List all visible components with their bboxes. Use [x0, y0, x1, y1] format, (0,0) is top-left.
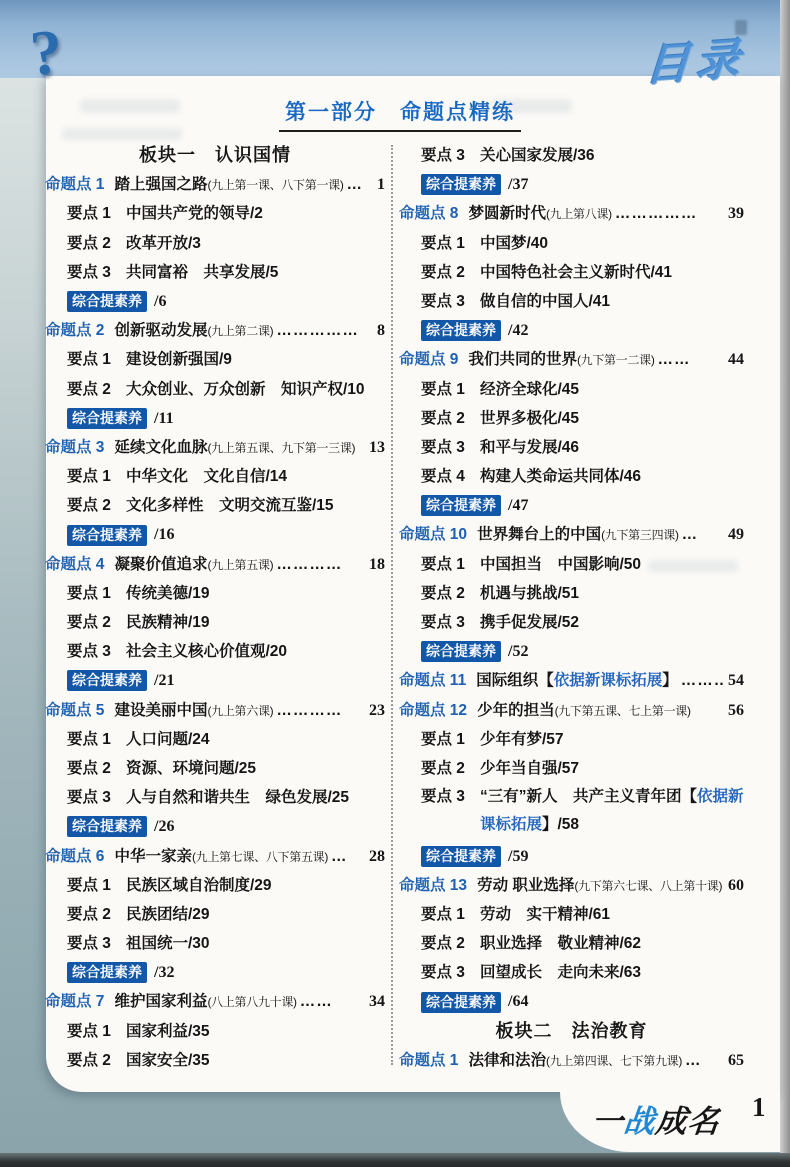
point-text-segment: 资源、环境问题/25	[126, 760, 256, 777]
point-row: 要点 3人与自然和谐共生 绿色发展/25	[45, 783, 385, 812]
block-heading-text: 板块一 认识国情	[139, 145, 291, 165]
point-text: 共同富裕 共享发展/5	[126, 258, 278, 287]
toc-column-left: 板块一 认识国情命题点 1踏上强国之路(九上第一课、八下第一课)…1要点 1中国…	[45, 141, 385, 1075]
point-label: 要点 2	[421, 754, 465, 783]
point-text: 机遇与挑战/51	[480, 579, 579, 608]
topic-course-ref: (九上第八课)	[546, 207, 612, 221]
point-text-segment: 改革开放/3	[126, 235, 201, 252]
dot-leader: ……	[658, 345, 725, 374]
point-text: 少年当自强/57	[480, 754, 579, 783]
page-number: 1	[752, 1092, 766, 1123]
corner-print-mark	[735, 20, 747, 35]
point-row: 要点 2民族精神/19	[45, 608, 385, 637]
topic-page-number: 60	[728, 871, 744, 900]
badge-row: 综合提素养/26	[45, 812, 385, 841]
dot-leader: ………	[681, 666, 725, 695]
competency-badge: 综合提素养	[421, 174, 501, 195]
toc-logo: 目录	[643, 23, 748, 94]
point-row: 要点 1人口问题/24	[45, 725, 385, 754]
point-row: 要点 3和平与发展/46	[399, 433, 744, 462]
point-label: 要点 2	[67, 900, 111, 929]
topic-label: 命题点 4	[45, 550, 104, 579]
point-text-segment: 经济全球化/45	[480, 381, 579, 398]
topic-label: 命题点 8	[399, 199, 458, 228]
point-row: 要点 2职业选择 敬业精神/62	[399, 929, 744, 958]
badge-page-number: /42	[508, 316, 528, 345]
topic-title: 踏上强国之路(九上第一课、八下第一课)	[114, 170, 343, 200]
topic-course-ref: (九上第一课、八下第一课)	[207, 178, 343, 192]
badge-page-number: /37	[508, 170, 528, 199]
topic-page-number: 56	[728, 696, 744, 725]
point-text: 民族精神/19	[126, 608, 210, 637]
point-label: 要点 3	[67, 783, 111, 812]
toc-content: ? 目录 第一部分 命题点精练 板块一 认识国情命题点 1踏上强国之路(九上第一…	[0, 0, 790, 1167]
point-row: 要点 3做自信的中国人/41	[399, 287, 744, 316]
point-text-segment: 传统美德/19	[126, 585, 210, 602]
topic-row: 命题点 12少年的担当(九下第五课、七上第一课)56	[399, 696, 744, 725]
point-text: 中华文化 文化自信/14	[126, 462, 287, 491]
point-text: 国家安全/35	[126, 1046, 210, 1075]
point-row: 要点 2资源、环境问题/25	[45, 754, 385, 783]
point-text-segment: 做自信的中国人/41	[480, 293, 610, 310]
point-text: 人口问题/24	[126, 725, 210, 754]
topic-course-ref: (九下第五课、七上第一课)	[555, 704, 691, 718]
topic-title: 梦圆新时代(九上第八课)	[468, 199, 611, 229]
point-text-segment: 关心国家发展/36	[480, 147, 595, 164]
point-label: 要点 2	[67, 491, 111, 520]
badge-row: 综合提素养/16	[45, 520, 385, 549]
point-text: 民族团结/29	[126, 900, 210, 929]
topic-title: 凝聚价值追求(九上第五课)	[114, 550, 273, 580]
point-row: 要点 1中国梦/40	[399, 229, 744, 258]
competency-badge: 综合提素养	[67, 525, 147, 546]
topic-row: 命题点 8梦圆新时代(九上第八课)……………39	[399, 199, 744, 228]
point-text-segment: 国家安全/35	[126, 1052, 210, 1069]
topic-page-number: 1	[377, 170, 385, 199]
topic-label: 命题点 7	[45, 987, 104, 1016]
point-row: 要点 2中国特色社会主义新时代/41	[399, 258, 744, 287]
topic-title: 创新驱动发展(九上第二课)	[114, 316, 273, 346]
topic-title: 建设美丽中国(九上第六课)	[114, 696, 273, 726]
topic-title-segment: 凝聚价值追求	[114, 556, 207, 573]
point-row: 要点 1中华文化 文化自信/14	[45, 462, 385, 491]
point-text: 资源、环境问题/25	[126, 754, 256, 783]
topic-row: 命题点 1踏上强国之路(九上第一课、八下第一课)…1	[45, 170, 385, 199]
topic-label: 命题点 10	[399, 520, 467, 549]
topic-row: 命题点 3延续文化血脉(九上第五课、九下第一三课)13	[45, 433, 385, 462]
topic-row: 命题点 7维护国家利益(八上第八九十课)……34	[45, 987, 385, 1016]
competency-badge: 综合提素养	[421, 992, 501, 1013]
dot-leader: ……	[300, 987, 366, 1016]
point-row: 要点 3回望成长 走向未来/63	[399, 958, 744, 987]
topic-page-number: 54	[728, 666, 744, 695]
point-row: 要点 1民族区域自治制度/29	[45, 871, 385, 900]
topic-course-ref: (八上第八九十课)	[207, 995, 296, 1009]
badge-page-number: /59	[508, 842, 528, 871]
dot-leader: …	[347, 170, 374, 199]
topic-course-ref: (九上第二课)	[207, 324, 273, 338]
topic-title: 法律和法治(九上第四课、七下第九课)	[468, 1046, 682, 1076]
point-text: 和平与发展/46	[480, 433, 579, 462]
point-text: 建设创新强国/9	[126, 345, 232, 374]
point-text-segment: 中国担当 中国影响/50	[480, 556, 641, 573]
point-text: 文化多样性 文明交流互鉴/15	[126, 491, 334, 520]
badge-page-number: /32	[154, 958, 174, 987]
point-label: 要点 1	[421, 725, 465, 754]
topic-title: 延续文化血脉(九上第五课、九下第一三课)	[114, 433, 355, 463]
topic-label: 命题点 6	[45, 842, 104, 871]
topic-title: 我们共同的世界(九下第一二课)	[468, 345, 654, 375]
dot-leader: ……………	[276, 316, 374, 345]
point-text: 人与自然和谐共生 绿色发展/25	[126, 783, 349, 812]
dot-leader: …………	[276, 550, 366, 579]
point-text-segment: 国家利益/35	[126, 1023, 210, 1040]
topic-label: 命题点 11	[399, 666, 466, 695]
topic-title-segment: 国际组织【	[476, 672, 554, 689]
brand-logo: 一战成名	[590, 1096, 723, 1141]
point-row: 要点 2文化多样性 文明交流互鉴/15	[45, 491, 385, 520]
point-text: 回望成长 走向未来/63	[480, 958, 641, 987]
topic-title-segment: 依据新课标拓展	[554, 672, 663, 689]
topic-title: 劳动 职业选择(九下第六七课、八上第十课)	[477, 871, 722, 901]
point-text-segment: 机遇与挑战/51	[480, 585, 579, 602]
book-page-photo: ? 目录 第一部分 命题点精练 板块一 认识国情命题点 1踏上强国之路(九上第一…	[0, 0, 790, 1167]
topic-label: 命题点 2	[45, 316, 104, 345]
point-text: 社会主义核心价值观/20	[126, 637, 287, 666]
point-row: 要点 3携手促发展/52	[399, 608, 744, 637]
point-text-segment: 劳动 实干精神/61	[480, 906, 610, 923]
point-label: 要点 3	[421, 608, 465, 637]
point-row: 要点 2民族团结/29	[45, 900, 385, 929]
point-label: 要点 2	[421, 258, 465, 287]
topic-row: 命题点 6中华一家亲(九上第七课、八下第五课)…28	[45, 842, 385, 871]
point-text: 祖国统一/30	[126, 929, 210, 958]
topic-title-segment: 梦圆新时代	[468, 205, 546, 222]
badge-page-number: /26	[154, 812, 174, 841]
point-text: 中国梦/40	[480, 229, 548, 258]
topic-page-number: 18	[369, 550, 385, 579]
point-row: 要点 1经济全球化/45	[399, 375, 744, 404]
point-row: 要点 3社会主义核心价值观/20	[45, 637, 385, 666]
part-title-text: 第一部分 命题点精练	[279, 96, 521, 132]
point-row: 要点 2机遇与挑战/51	[399, 579, 744, 608]
badge-page-number: /52	[508, 637, 528, 666]
point-label: 要点 2	[67, 608, 111, 637]
point-label: 要点 1	[67, 871, 111, 900]
topic-label: 命题点 3	[45, 433, 104, 462]
topic-title: 中华一家亲(九上第七课、八下第五课)	[114, 842, 328, 872]
badge-row: 综合提素养/21	[45, 666, 385, 695]
topic-page-number: 34	[369, 987, 385, 1016]
toc-column-right: 要点 3关心国家发展/36综合提素养/37命题点 8梦圆新时代(九上第八课)………	[399, 141, 744, 1075]
brand-seg1: 一	[590, 1104, 626, 1139]
point-text-segment: 祖国统一/30	[126, 935, 210, 952]
brand-seg3: 成名	[654, 1104, 722, 1139]
topic-title: 国际组织【依据新课标拓展】	[476, 666, 678, 695]
point-label: 要点 2	[421, 579, 465, 608]
point-label: 要点 1	[67, 345, 111, 374]
point-row: 要点 3祖国统一/30	[45, 929, 385, 958]
point-row: 要点 2世界多极化/45	[399, 404, 744, 433]
topic-page-number: 8	[377, 316, 385, 345]
point-text-segment: 文化多样性 文明交流互鉴/15	[126, 497, 334, 514]
topic-course-ref: (九下第六七课、八上第十课)	[574, 879, 722, 893]
competency-badge: 综合提素养	[421, 846, 501, 867]
part-title: 第一部分 命题点精练	[55, 96, 745, 132]
topic-label: 命题点 12	[399, 696, 467, 725]
dot-leader: …	[685, 1046, 725, 1075]
topic-page-number: 39	[728, 199, 744, 228]
topic-title-segment: 踏上强国之路	[114, 176, 207, 193]
topic-label: 命题点 13	[399, 871, 467, 900]
topic-course-ref: (九上第七课、八下第五课)	[192, 850, 328, 864]
topic-label: 命题点 9	[399, 345, 458, 374]
point-text-segment: 世界多极化/45	[480, 410, 579, 427]
point-label: 要点 4	[421, 462, 465, 491]
point-row: 要点 1中国担当 中国影响/50	[399, 550, 744, 579]
point-text: 少年有梦/57	[480, 725, 564, 754]
point-row: 要点 2少年当自强/57	[399, 754, 744, 783]
topic-title: 维护国家利益(八上第八九十课)	[114, 987, 296, 1017]
point-label: 要点 1	[421, 550, 465, 579]
competency-badge: 综合提素养	[421, 495, 501, 516]
badge-row: 综合提素养/59	[399, 842, 744, 871]
topic-page-number: 28	[369, 842, 385, 871]
point-text-segment: 建设创新强国/9	[126, 351, 232, 368]
point-text-segment: 携手促发展/52	[480, 614, 579, 631]
competency-badge: 综合提素养	[421, 641, 501, 662]
point-text-segment: 构建人类命运共同体/46	[480, 468, 641, 485]
competency-badge: 综合提素养	[67, 962, 147, 983]
point-label: 要点 3	[421, 958, 465, 987]
topic-page-number: 49	[728, 520, 744, 549]
point-label: 要点 3	[67, 637, 111, 666]
topic-page-number: 65	[728, 1046, 744, 1075]
topic-label: 命题点 1	[399, 1046, 458, 1075]
topic-row: 命题点 10世界舞台上的中国(九下第三四课)…49	[399, 520, 744, 549]
point-label: 要点 3	[421, 287, 465, 316]
point-row: 要点 1国家利益/35	[45, 1017, 385, 1046]
badge-row: 综合提素养/64	[399, 987, 744, 1016]
point-label: 要点 1	[421, 900, 465, 929]
point-text-segment: 人与自然和谐共生 绿色发展/25	[126, 789, 349, 806]
point-text-segment: 中华文化 文化自信/14	[126, 468, 287, 485]
point-text-segment: 民族团结/29	[126, 906, 210, 923]
topic-row: 命题点 2创新驱动发展(九上第二课)……………8	[45, 316, 385, 345]
topic-title-segment: 法律和法治	[468, 1052, 546, 1069]
point-label: 要点 3	[421, 433, 465, 462]
badge-row: 综合提素养/47	[399, 491, 744, 520]
badge-row: 综合提素养/42	[399, 316, 744, 345]
topic-row: 命题点 4凝聚价值追求(九上第五课)…………18	[45, 550, 385, 579]
topic-row: 命题点 11国际组织【依据新课标拓展】………54	[399, 666, 744, 695]
topic-row: 命题点 13劳动 职业选择(九下第六七课、八上第十课)60	[399, 871, 744, 900]
badge-row: 综合提素养/37	[399, 170, 744, 199]
question-mark-icon: ?	[28, 15, 64, 91]
point-label: 要点 3	[421, 783, 465, 811]
dot-leader: ……………	[615, 199, 725, 228]
point-text: 中国共产党的领导/2	[126, 199, 263, 228]
badge-page-number: /21	[154, 666, 174, 695]
point-text-segment: 中国梦/40	[480, 235, 548, 252]
topic-title-segment: 建设美丽中国	[114, 702, 207, 719]
point-label: 要点 1	[67, 579, 111, 608]
point-label: 要点 2	[67, 754, 111, 783]
topic-title-segment: 中华一家亲	[114, 848, 192, 865]
competency-badge: 综合提素养	[67, 408, 147, 429]
point-text-segment: 中国共产党的领导/2	[126, 205, 263, 222]
point-text: 职业选择 敬业精神/62	[480, 929, 641, 958]
point-label: 要点 3	[67, 258, 111, 287]
point-label: 要点 2	[67, 1046, 111, 1075]
point-text-segment: 职业选择 敬业精神/62	[480, 935, 641, 952]
point-text: 中国担当 中国影响/50	[480, 550, 641, 579]
point-row: 要点 1劳动 实干精神/61	[399, 900, 744, 929]
point-text: 关心国家发展/36	[480, 141, 595, 170]
point-row: 要点 1传统美德/19	[45, 579, 385, 608]
point-text-segment: 】/58	[542, 816, 579, 833]
point-row: 要点 3“三有”新人 共产主义青年团【依据新课标拓展】/58	[399, 783, 744, 841]
topic-page-number: 23	[369, 696, 385, 725]
brand-seg2: 战	[622, 1104, 658, 1139]
point-text: 携手促发展/52	[480, 608, 579, 637]
topic-course-ref: (九下第三四课)	[601, 528, 679, 542]
point-text: 大众创业、万众创新 知识产权/10	[126, 375, 365, 404]
point-text: 改革开放/3	[126, 229, 201, 258]
point-text-segment: 民族区域自治制度/29	[126, 877, 272, 894]
badge-row: 综合提素养/11	[45, 404, 385, 433]
point-text-segment: 社会主义核心价值观/20	[126, 643, 287, 660]
point-label: 要点 1	[421, 229, 465, 258]
point-text-segment: 共同富裕 共享发展/5	[126, 264, 278, 281]
topic-title: 少年的担当(九下第五课、七上第一课)	[477, 696, 691, 726]
point-row: 要点 1中国共产党的领导/2	[45, 199, 385, 228]
point-text: 世界多极化/45	[480, 404, 579, 433]
topic-label: 命题点 5	[45, 696, 104, 725]
point-text: 中国特色社会主义新时代/41	[480, 258, 672, 287]
point-row: 要点 4构建人类命运共同体/46	[399, 462, 744, 491]
point-text-segment: 民族精神/19	[126, 614, 210, 631]
topic-title-segment: 少年的担当	[477, 702, 555, 719]
topic-title-segment: 】	[662, 672, 678, 689]
badge-row: 综合提素养/6	[45, 287, 385, 316]
point-label: 要点 1	[421, 375, 465, 404]
block-heading: 板块一 认识国情	[45, 141, 385, 170]
point-text-segment: 大众创业、万众创新 知识产权/10	[126, 381, 365, 398]
point-label: 要点 2	[421, 929, 465, 958]
point-label: 要点 1	[67, 199, 111, 228]
competency-badge: 综合提素养	[67, 816, 147, 837]
point-text: 做自信的中国人/41	[480, 287, 610, 316]
competency-badge: 综合提素养	[67, 291, 147, 312]
point-text: 民族区域自治制度/29	[126, 871, 272, 900]
badge-page-number: /64	[508, 987, 528, 1016]
topic-course-ref: (九上第五课、九下第一三课)	[207, 441, 355, 455]
badge-page-number: /6	[154, 287, 166, 316]
point-text: “三有”新人 共产主义青年团【依据新课标拓展】/58	[480, 783, 744, 839]
dot-leader: …………	[276, 696, 366, 725]
point-row: 要点 2改革开放/3	[45, 229, 385, 258]
dot-leader: …	[682, 520, 725, 549]
badge-page-number: /11	[154, 404, 174, 433]
topic-label: 命题点 1	[45, 170, 104, 199]
point-label: 要点 1	[67, 1017, 111, 1046]
point-text: 经济全球化/45	[480, 375, 579, 404]
point-text: 劳动 实干精神/61	[480, 900, 610, 929]
topic-row: 命题点 1法律和法治(九上第四课、七下第九课)…65	[399, 1046, 744, 1075]
point-label: 要点 1	[67, 725, 111, 754]
point-text-segment: “三有”新人 共产主义青年团【	[480, 788, 697, 805]
topic-course-ref: (九上第六课)	[207, 704, 273, 718]
block-heading: 板块二 法治教育	[399, 1017, 744, 1046]
topic-title-segment: 劳动 职业选择	[477, 877, 574, 894]
point-row: 要点 1建设创新强国/9	[45, 345, 385, 374]
point-text-segment: 回望成长 走向未来/63	[480, 964, 641, 981]
dot-leader: …	[331, 842, 366, 871]
badge-row: 综合提素养/32	[45, 958, 385, 987]
point-label: 要点 1	[67, 462, 111, 491]
topic-page-number: 44	[728, 345, 744, 374]
topic-title-segment: 我们共同的世界	[468, 351, 577, 368]
topic-row: 命题点 5建设美丽中国(九上第六课)…………23	[45, 696, 385, 725]
point-label: 要点 3	[67, 929, 111, 958]
point-label: 要点 2	[421, 404, 465, 433]
point-row: 要点 3关心国家发展/36	[399, 141, 744, 170]
point-text: 国家利益/35	[126, 1017, 210, 1046]
competency-badge: 综合提素养	[421, 320, 501, 341]
point-text-segment: 中国特色社会主义新时代/41	[480, 264, 672, 281]
topic-title-segment: 延续文化血脉	[114, 439, 207, 456]
column-divider	[391, 145, 393, 1065]
topic-title: 世界舞台上的中国(九下第三四课)	[477, 520, 679, 550]
point-text-segment: 少年有梦/57	[480, 731, 564, 748]
topic-page-number: 13	[369, 433, 385, 462]
topic-course-ref: (九上第四课、七下第九课)	[546, 1054, 682, 1068]
point-text-segment: 少年当自强/57	[480, 760, 579, 777]
block-heading-text: 板块二 法治教育	[496, 1021, 648, 1041]
point-row: 要点 2大众创业、万众创新 知识产权/10	[45, 375, 385, 404]
badge-row: 综合提素养/52	[399, 637, 744, 666]
point-label: 要点 2	[67, 229, 111, 258]
badge-page-number: /47	[508, 491, 528, 520]
point-row: 要点 3共同富裕 共享发展/5	[45, 258, 385, 287]
point-text: 构建人类命运共同体/46	[480, 462, 641, 491]
competency-badge: 综合提素养	[67, 670, 147, 691]
point-row: 要点 2国家安全/35	[45, 1046, 385, 1075]
point-text-segment: 和平与发展/46	[480, 439, 579, 456]
point-label: 要点 3	[421, 141, 465, 170]
point-text-segment: 人口问题/24	[126, 731, 210, 748]
topic-title-segment: 维护国家利益	[114, 993, 207, 1010]
point-row: 要点 1少年有梦/57	[399, 725, 744, 754]
badge-page-number: /16	[154, 520, 174, 549]
topic-course-ref: (九下第一二课)	[577, 353, 655, 367]
topic-title-segment: 创新驱动发展	[114, 322, 207, 339]
topic-row: 命题点 9我们共同的世界(九下第一二课)……44	[399, 345, 744, 374]
point-text: 传统美德/19	[126, 579, 210, 608]
topic-title-segment: 世界舞台上的中国	[477, 526, 601, 543]
topic-course-ref: (九上第五课)	[207, 558, 273, 572]
point-label: 要点 2	[67, 375, 111, 404]
